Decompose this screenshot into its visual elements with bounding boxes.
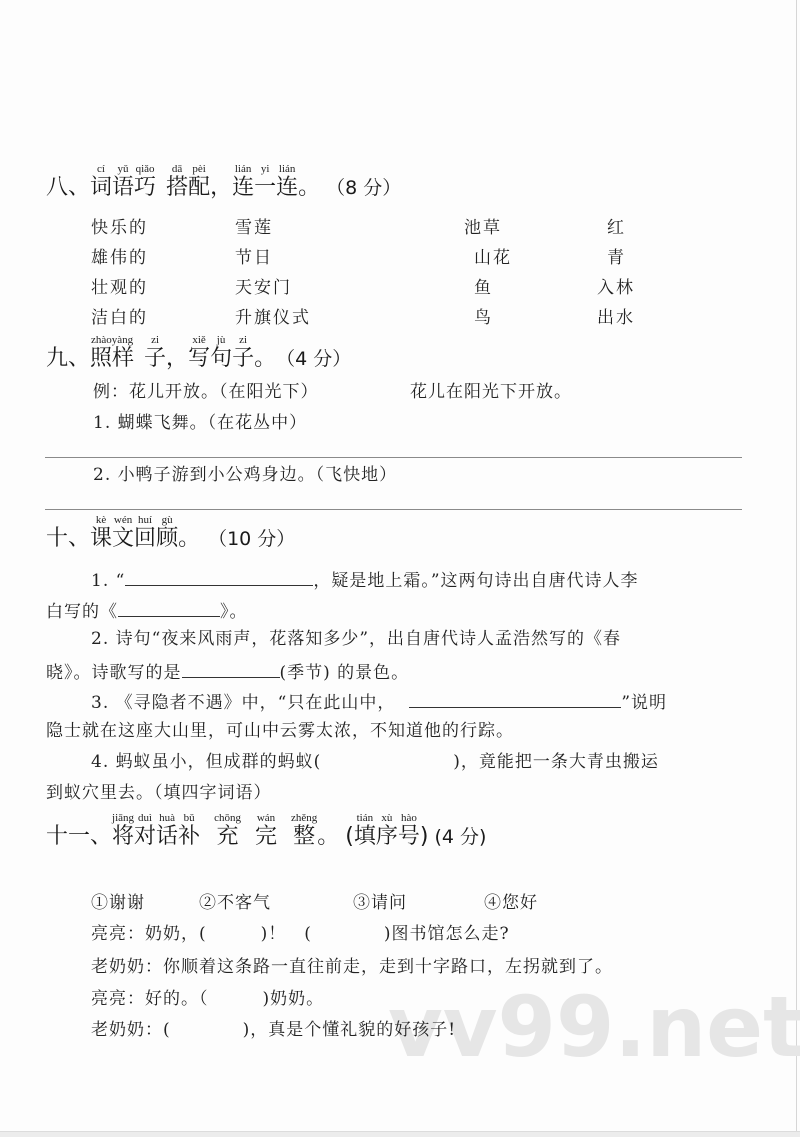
- match-col1-item[interactable]: 雄伟的: [91, 243, 148, 268]
- match-col3-item[interactable]: 池草: [464, 213, 502, 238]
- match-col2-item[interactable]: 升旗仪式: [235, 303, 311, 328]
- dialogue-line[interactable]: 亮亮：好的。（ )奶奶。: [91, 988, 324, 1010]
- section-10-number: 十、: [46, 526, 90, 552]
- section-9-score: （4 分）: [276, 346, 351, 372]
- question-10-3: 3. 《寻隐者不遇》中，“只在此山中，”说明: [91, 689, 667, 714]
- dialogue-line[interactable]: 老奶奶：( )，真是个懂礼貌的好孩子!: [91, 1019, 456, 1041]
- dialogue-line: 老奶奶：你顺着这条路一直往前走，走到十字路口，左拐就到了。: [91, 956, 613, 978]
- section-11-heading: 十一、 jiāng将 duì对 huà话 bǔ补 chōng充 wán完 zhě…: [46, 812, 486, 850]
- match-col2-item[interactable]: 天安门: [235, 273, 292, 298]
- option-2: ②不客气: [199, 892, 271, 914]
- example-sentence: 例：花儿开放。（在阳光下）: [93, 381, 319, 403]
- match-col4-item[interactable]: 青: [607, 243, 626, 268]
- page-edge-bottom: [0, 1131, 800, 1137]
- section-10-heading: 十、 kè课 wén文 huí回 gù顾 。 （10 分）: [46, 514, 295, 552]
- question-10-4-line2: 到蚁穴里去。（填四字词语）: [46, 782, 272, 804]
- section-8-number: 八、: [46, 175, 90, 201]
- answer-line-9-2[interactable]: [45, 509, 742, 510]
- example-answer: 花儿在阳光下开放。: [410, 381, 572, 403]
- question-9-2: 2. 小鸭子游到小公鸡身边。（飞快地）: [93, 464, 397, 486]
- option-4: ④您好: [484, 892, 538, 914]
- section-9-heading: 九、 zhàoyàng照样 zi子 ， xiě写 jù句 zi子 。 （4 分）: [46, 334, 351, 372]
- match-col2-item[interactable]: 雪莲: [235, 213, 273, 238]
- match-col3-item[interactable]: 鸟: [474, 303, 493, 328]
- match-col4-item[interactable]: 红: [607, 213, 626, 238]
- match-col1-item[interactable]: 壮观的: [91, 273, 148, 298]
- match-col4-item[interactable]: 出水: [597, 303, 635, 328]
- option-1: ①谢谢: [91, 892, 145, 914]
- answer-line-9-1[interactable]: [45, 457, 742, 458]
- question-10-1-line2: 白写的《》。: [46, 598, 248, 623]
- question-10-1: 1. “，疑是地上霜。”这两句诗出自唐代诗人李: [91, 567, 639, 592]
- section-8-heading: 八、 cí词 yǔ语 qiǎo巧 dā搭 pèi配 ， lián连 yi一 li…: [46, 163, 401, 201]
- question-10-3-line2: 隐士就在这座大山里，可山中云雾太浓，不知道他的行踪。: [46, 720, 514, 742]
- dialogue-line[interactable]: 亮亮：奶奶，( )！ ( )图书馆怎么走?: [91, 923, 510, 945]
- section-11-number: 十一、: [46, 824, 112, 850]
- blank-10-1b[interactable]: [118, 598, 220, 617]
- match-col4-item[interactable]: 入林: [597, 273, 635, 298]
- question-10-2-line2: 晓》。诗歌写的是(季节) 的景色。: [46, 659, 409, 684]
- question-10-2: 2. 诗句“夜来风雨声，花落知多少”，出自唐代诗人孟浩然写的《春: [91, 628, 621, 650]
- match-col3-item[interactable]: 山花: [474, 243, 512, 268]
- question-10-4: 4. 蚂蚁虽小，但成群的蚂蚁()，竟能把一条大青虫搬运: [91, 751, 659, 773]
- question-9-1: 1. 蝴蝶飞舞。（在花丛中）: [93, 412, 307, 434]
- blank-10-3[interactable]: [409, 689, 621, 708]
- section-9-number: 九、: [46, 346, 90, 372]
- match-col1-item[interactable]: 快乐的: [91, 213, 148, 238]
- section-10-score: （10 分）: [208, 526, 295, 552]
- section-11-score: (4 分): [435, 824, 487, 850]
- match-col1-item[interactable]: 洁白的: [91, 303, 148, 328]
- page-edge-right: [796, 0, 797, 1137]
- match-col3-item[interactable]: 鱼: [474, 273, 493, 298]
- blank-10-2[interactable]: [182, 659, 280, 678]
- option-3: ③请问: [353, 892, 407, 914]
- section-8-score: （8 分）: [326, 175, 401, 201]
- match-col2-item[interactable]: 节日: [235, 243, 273, 268]
- blank-10-1a[interactable]: [125, 567, 313, 586]
